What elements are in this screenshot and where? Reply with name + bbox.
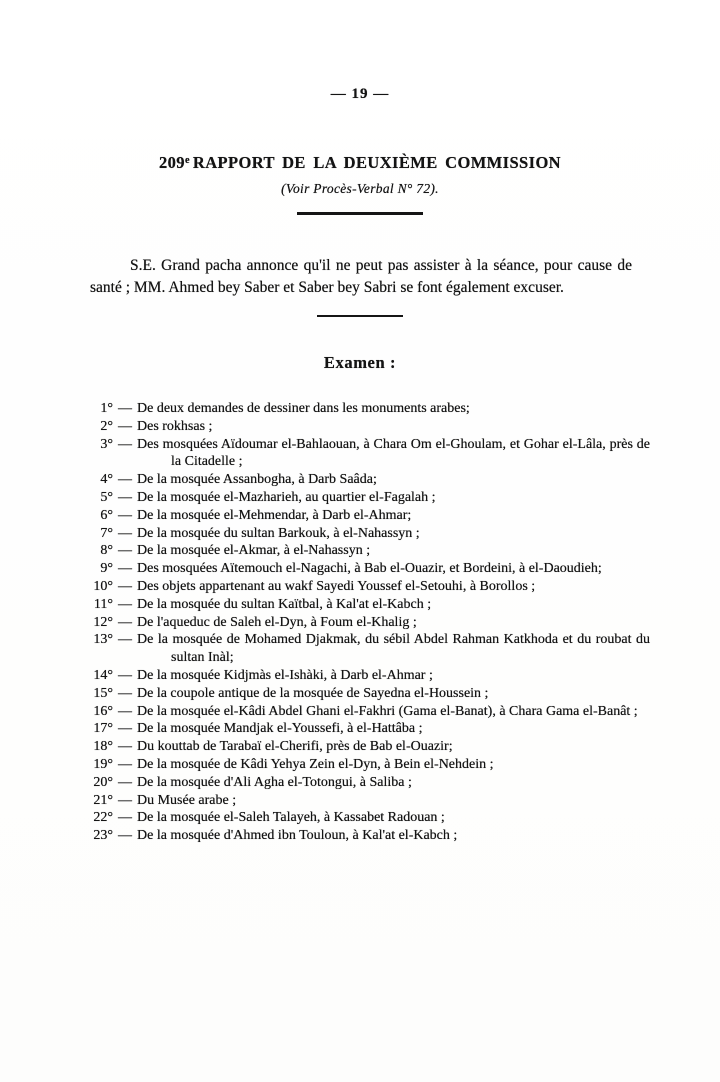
item-text: De deux demandes de dessiner dans les mo… bbox=[137, 400, 650, 418]
item-separator: — bbox=[113, 738, 137, 756]
item-text: De l'aqueduc de Saleh el-Dyn, à Foum el-… bbox=[137, 614, 650, 632]
item-number: 19° bbox=[86, 756, 113, 774]
item-number: 20° bbox=[86, 774, 113, 792]
list-item: 14° — De la mosquée Kidjmàs el-Ishàki, à… bbox=[86, 667, 650, 685]
item-number: 12° bbox=[86, 614, 113, 632]
list-item: 18° — Du kouttab de Tarabaï el-Cherifi, … bbox=[86, 738, 650, 756]
item-separator: — bbox=[113, 703, 137, 721]
item-separator: — bbox=[113, 542, 137, 560]
item-number: 17° bbox=[86, 720, 113, 738]
item-separator: — bbox=[113, 525, 137, 543]
divider-rule-top bbox=[297, 212, 423, 215]
list-item: 23° — De la mosquée d'Ahmed ibn Touloun,… bbox=[86, 827, 650, 845]
item-separator: — bbox=[113, 685, 137, 703]
item-separator: — bbox=[113, 489, 137, 507]
list-item: 19° — De la mosquée de Kâdi Yehya Zein e… bbox=[86, 756, 650, 774]
opening-paragraph: S.E. Grand pacha annonce qu'il ne peut p… bbox=[90, 255, 632, 299]
item-text: De la mosquée du sultan Barkouk, à el-Na… bbox=[137, 525, 650, 543]
list-item: 6° — De la mosquée el-Mehmendar, à Darb … bbox=[86, 507, 650, 525]
item-text: Des mosquées Aïdoumar el-Bahlaouan, à Ch… bbox=[137, 436, 650, 472]
item-separator: — bbox=[113, 631, 137, 649]
item-number: 9° bbox=[86, 560, 113, 578]
list-item: 20° — De la mosquée d'Ali Agha el-Totong… bbox=[86, 774, 650, 792]
item-separator: — bbox=[113, 400, 137, 418]
item-number: 2° bbox=[86, 418, 113, 436]
item-text: De la mosquée Kidjmàs el-Ishàki, à Darb … bbox=[137, 667, 650, 685]
item-separator: — bbox=[113, 436, 137, 454]
item-separator: — bbox=[113, 720, 137, 738]
item-text: De la mosquée du sultan Kaïtbal, à Kal'a… bbox=[137, 596, 650, 614]
list-item: 8° — De la mosquée el-Akmar, à el-Nahass… bbox=[86, 542, 650, 560]
item-separator: — bbox=[113, 560, 137, 578]
list-item: 15° — De la coupole antique de la mosqué… bbox=[86, 685, 650, 703]
item-separator: — bbox=[113, 774, 137, 792]
list-item: 22° — De la mosquée el-Saleh Talayeh, à … bbox=[86, 809, 650, 827]
item-number: 14° bbox=[86, 667, 113, 685]
item-number: 5° bbox=[86, 489, 113, 507]
list-item: 12° — De l'aqueduc de Saleh el-Dyn, à Fo… bbox=[86, 614, 650, 632]
list-item: 1° — De deux demandes de dessiner dans l… bbox=[86, 400, 650, 418]
list-item: 4° — De la mosquée Assanbogha, à Darb Sa… bbox=[86, 471, 650, 489]
list-item: 16° — De la mosquée el-Kâdi Abdel Ghani … bbox=[86, 703, 650, 721]
item-separator: — bbox=[113, 596, 137, 614]
report-title: 209eRAPPORT DE LA DEUXIÈME COMMISSION bbox=[0, 153, 720, 173]
list-item: 10° — Des objets appartenant au wakf Say… bbox=[86, 578, 650, 596]
list-item: 9° — Des mosquées Aïtemouch el-Nagachi, … bbox=[86, 560, 650, 578]
item-number: 23° bbox=[86, 827, 113, 845]
item-number: 22° bbox=[86, 809, 113, 827]
item-number: 13° bbox=[86, 631, 113, 649]
item-number: 6° bbox=[86, 507, 113, 525]
document-page: — 19 — 209eRAPPORT DE LA DEUXIÈME COMMIS… bbox=[0, 0, 720, 1082]
item-number: 15° bbox=[86, 685, 113, 703]
item-number: 18° bbox=[86, 738, 113, 756]
item-separator: — bbox=[113, 809, 137, 827]
item-number: 7° bbox=[86, 525, 113, 543]
item-number: 1° bbox=[86, 400, 113, 418]
report-title-text: RAPPORT DE LA DEUXIÈME COMMISSION bbox=[193, 153, 561, 172]
item-separator: — bbox=[113, 827, 137, 845]
item-separator: — bbox=[113, 667, 137, 685]
item-number: 10° bbox=[86, 578, 113, 596]
item-text: De la mosquée de Kâdi Yehya Zein el-Dyn,… bbox=[137, 756, 650, 774]
item-number: 4° bbox=[86, 471, 113, 489]
item-text: De la mosquée el-Mehmendar, à Darb el-Ah… bbox=[137, 507, 650, 525]
report-subtitle: (Voir Procès-Verbal N° 72). bbox=[0, 181, 720, 197]
list-item: 13° — De la mosquée de Mohamed Djakmak, … bbox=[86, 631, 650, 667]
item-separator: — bbox=[113, 418, 137, 436]
item-number: 21° bbox=[86, 792, 113, 810]
list-item: 5° — De la mosquée el-Mazharieh, au quar… bbox=[86, 489, 650, 507]
item-text: De la mosquée Assanbogha, à Darb Saâda; bbox=[137, 471, 650, 489]
item-text: De la mosquée el-Akmar, à el-Nahassyn ; bbox=[137, 542, 650, 560]
item-text: Du kouttab de Tarabaï el-Cherifi, près d… bbox=[137, 738, 650, 756]
item-text: De la mosquée Mandjak el-Youssefi, à el-… bbox=[137, 720, 650, 738]
report-title-number: 209 bbox=[159, 153, 185, 172]
item-separator: — bbox=[113, 756, 137, 774]
list-item: 3° — Des mosquées Aïdoumar el-Bahlaouan,… bbox=[86, 436, 650, 472]
item-number: 8° bbox=[86, 542, 113, 560]
item-separator: — bbox=[113, 471, 137, 489]
item-number: 11° bbox=[86, 596, 113, 614]
item-number: 3° bbox=[86, 436, 113, 454]
item-text: De la mosquée d'Ahmed ibn Touloun, à Kal… bbox=[137, 827, 650, 845]
list-item: 7° — De la mosquée du sultan Barkouk, à … bbox=[86, 525, 650, 543]
list-item: 21° — Du Musée arabe ; bbox=[86, 792, 650, 810]
item-separator: — bbox=[113, 578, 137, 596]
page-number: — 19 — bbox=[0, 0, 720, 103]
list-item: 11° — De la mosquée du sultan Kaïtbal, à… bbox=[86, 596, 650, 614]
item-text: De la mosquée el-Mazharieh, au quartier … bbox=[137, 489, 650, 507]
item-text: De la coupole antique de la mosquée de S… bbox=[137, 685, 650, 703]
item-text: De la mosquée el-Saleh Talayeh, à Kassab… bbox=[137, 809, 650, 827]
item-text: De la mosquée el-Kâdi Abdel Ghani el-Fak… bbox=[137, 703, 650, 721]
item-number: 16° bbox=[86, 703, 113, 721]
examen-list: 1° — De deux demandes de dessiner dans l… bbox=[86, 400, 650, 845]
list-item: 2° — Des rokhsas ; bbox=[86, 418, 650, 436]
item-text: Des mosquées Aïtemouch el-Nagachi, à Bab… bbox=[137, 560, 650, 578]
item-separator: — bbox=[113, 507, 137, 525]
item-text: Du Musée arabe ; bbox=[137, 792, 650, 810]
item-separator: — bbox=[113, 614, 137, 632]
item-text: De la mosquée de Mohamed Djakmak, du séb… bbox=[137, 631, 650, 667]
report-title-ordinal: e bbox=[185, 155, 190, 166]
item-text: Des rokhsas ; bbox=[137, 418, 650, 436]
divider-rule-middle bbox=[317, 315, 403, 317]
list-item: 17° — De la mosquée Mandjak el-Youssefi,… bbox=[86, 720, 650, 738]
item-separator: — bbox=[113, 792, 137, 810]
section-heading-examen: Examen : bbox=[0, 353, 720, 373]
item-text: Des objets appartenant au wakf Sayedi Yo… bbox=[137, 578, 650, 596]
item-text: De la mosquée d'Ali Agha el-Totongui, à … bbox=[137, 774, 650, 792]
